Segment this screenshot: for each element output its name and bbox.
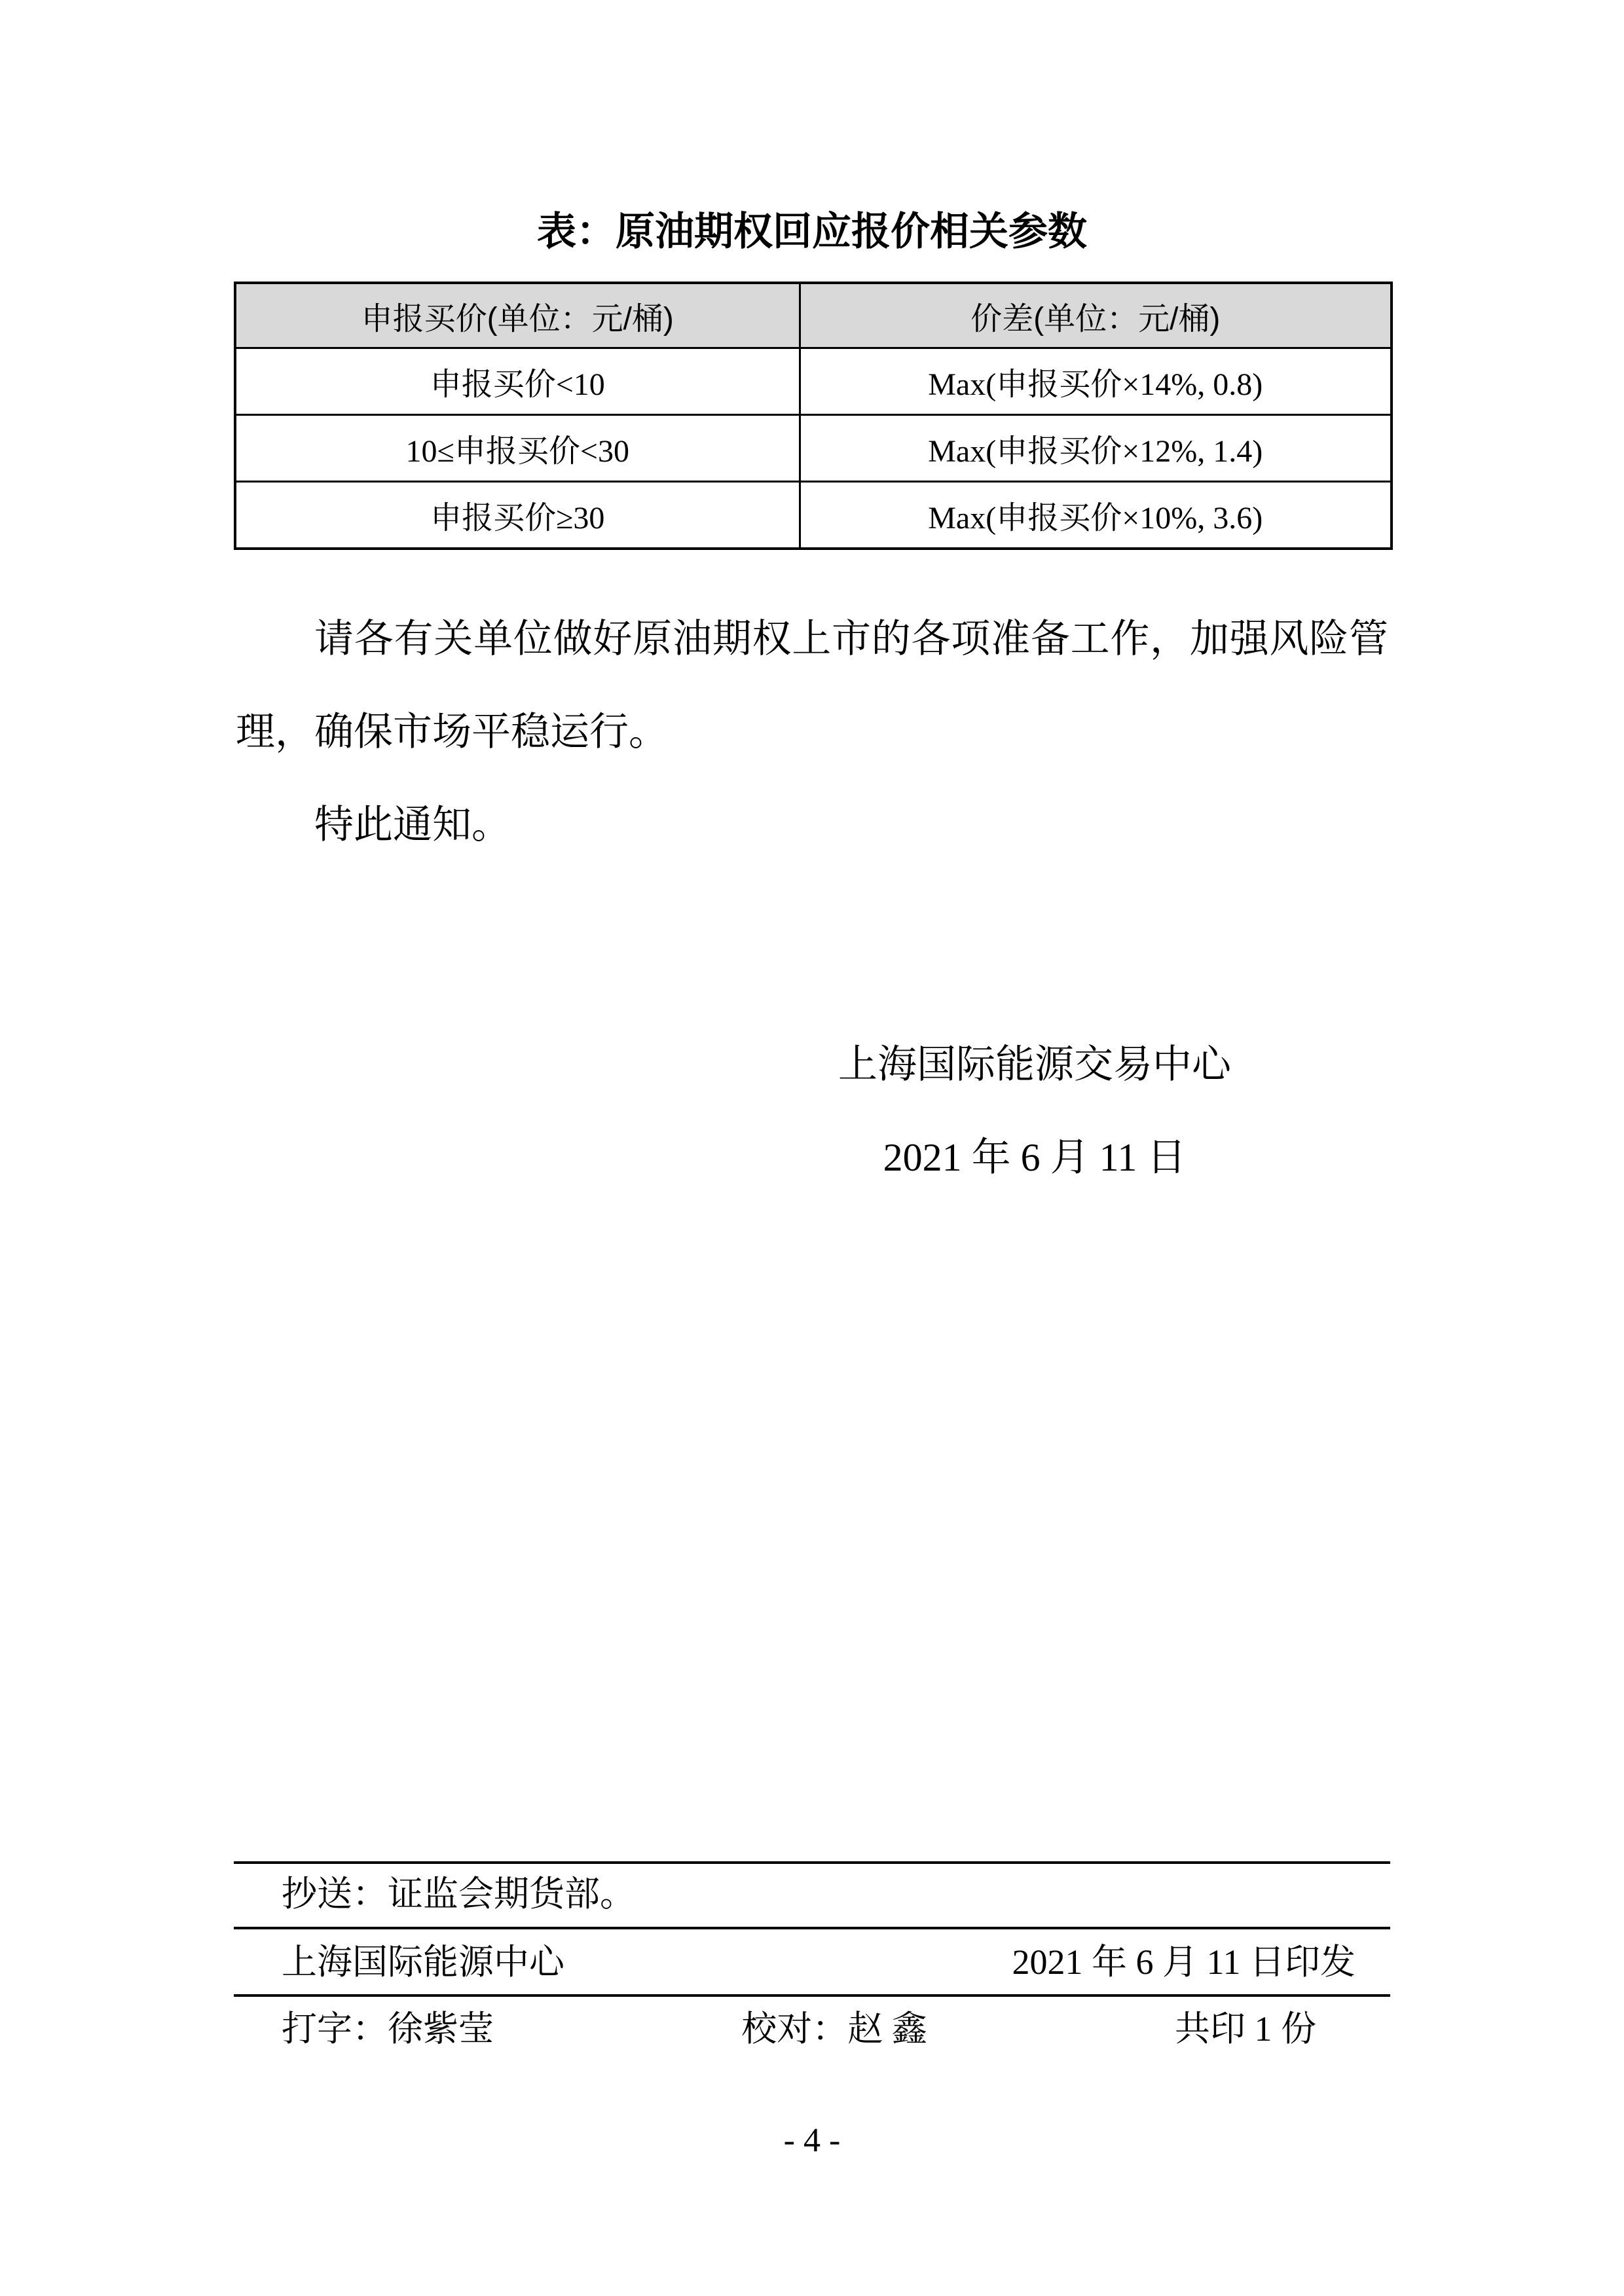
table-row: 申报买价<10 Max(申报买价×14%, 0.8) bbox=[235, 348, 1392, 415]
cc-line: 抄送：证监会期货部。 bbox=[282, 1874, 635, 1914]
table-cell: 申报买价<10 bbox=[235, 348, 800, 415]
table-header-row: 申报买价(单位：元/桶) 价差(单位：元/桶) bbox=[235, 283, 1392, 348]
footer-divider bbox=[234, 1861, 1390, 1864]
table-cell: 10≤申报买价<30 bbox=[235, 415, 800, 482]
notice-line: 特此通知。 bbox=[236, 778, 1388, 871]
issuer: 上海国际能源中心 bbox=[282, 1942, 564, 1982]
params-table: 申报买价(单位：元/桶) 价差(单位：元/桶) 申报买价<10 Max(申报买价… bbox=[234, 282, 1393, 550]
signature-org: 上海国际能源交易中心 bbox=[773, 1018, 1297, 1111]
table-row: 10≤申报买价<30 Max(申报买价×12%, 1.4) bbox=[235, 415, 1392, 482]
table-cell: Max(申报买价×12%, 1.4) bbox=[800, 415, 1392, 482]
document-page: 表：原油期权回应报价相关参数 申报买价(单位：元/桶) 价差(单位：元/桶) 申… bbox=[0, 0, 1624, 2296]
copies-label: 共印 1 份 bbox=[1175, 2009, 1316, 2049]
table-row: 申报买价≥30 Max(申报买价×10%, 3.6) bbox=[235, 482, 1392, 549]
table-cell: Max(申报买价×14%, 0.8) bbox=[800, 348, 1392, 415]
issue-date: 2021 年 6 月 11 日印发 bbox=[1012, 1942, 1356, 1982]
table-cell: Max(申报买价×10%, 3.6) bbox=[800, 482, 1392, 549]
table-header-cell: 申报买价(单位：元/桶) bbox=[235, 283, 800, 348]
print-line: 打字：徐紫莹 校对：赵 鑫 共印 1 份 bbox=[282, 2009, 1316, 2049]
signature-block: 上海国际能源交易中心 2021 年 6 月 11 日 bbox=[773, 1018, 1297, 1204]
signature-date: 2021 年 6 月 11 日 bbox=[773, 1111, 1297, 1204]
table-header-cell: 价差(单位：元/桶) bbox=[800, 283, 1392, 348]
footer-divider bbox=[234, 1994, 1390, 1997]
issue-line: 上海国际能源中心 2021 年 6 月 11 日印发 bbox=[282, 1942, 1356, 1982]
body-text-block: 请各有关单位做好原油期权上市的各项准备工作，加强风险管理，确保市场平稳运行。 特… bbox=[236, 592, 1388, 871]
page-number: - 4 - bbox=[0, 2121, 1624, 2160]
table-caption: 表：原油期权回应报价相关参数 bbox=[0, 208, 1624, 255]
footer-divider bbox=[234, 1927, 1390, 1929]
body-paragraph: 请各有关单位做好原油期权上市的各项准备工作，加强风险管理，确保市场平稳运行。 bbox=[236, 592, 1388, 778]
table-cell: 申报买价≥30 bbox=[235, 482, 800, 549]
typist-label: 打字：徐紫莹 bbox=[282, 2009, 494, 2049]
proofreader-label: 校对：赵 鑫 bbox=[741, 2009, 927, 2049]
